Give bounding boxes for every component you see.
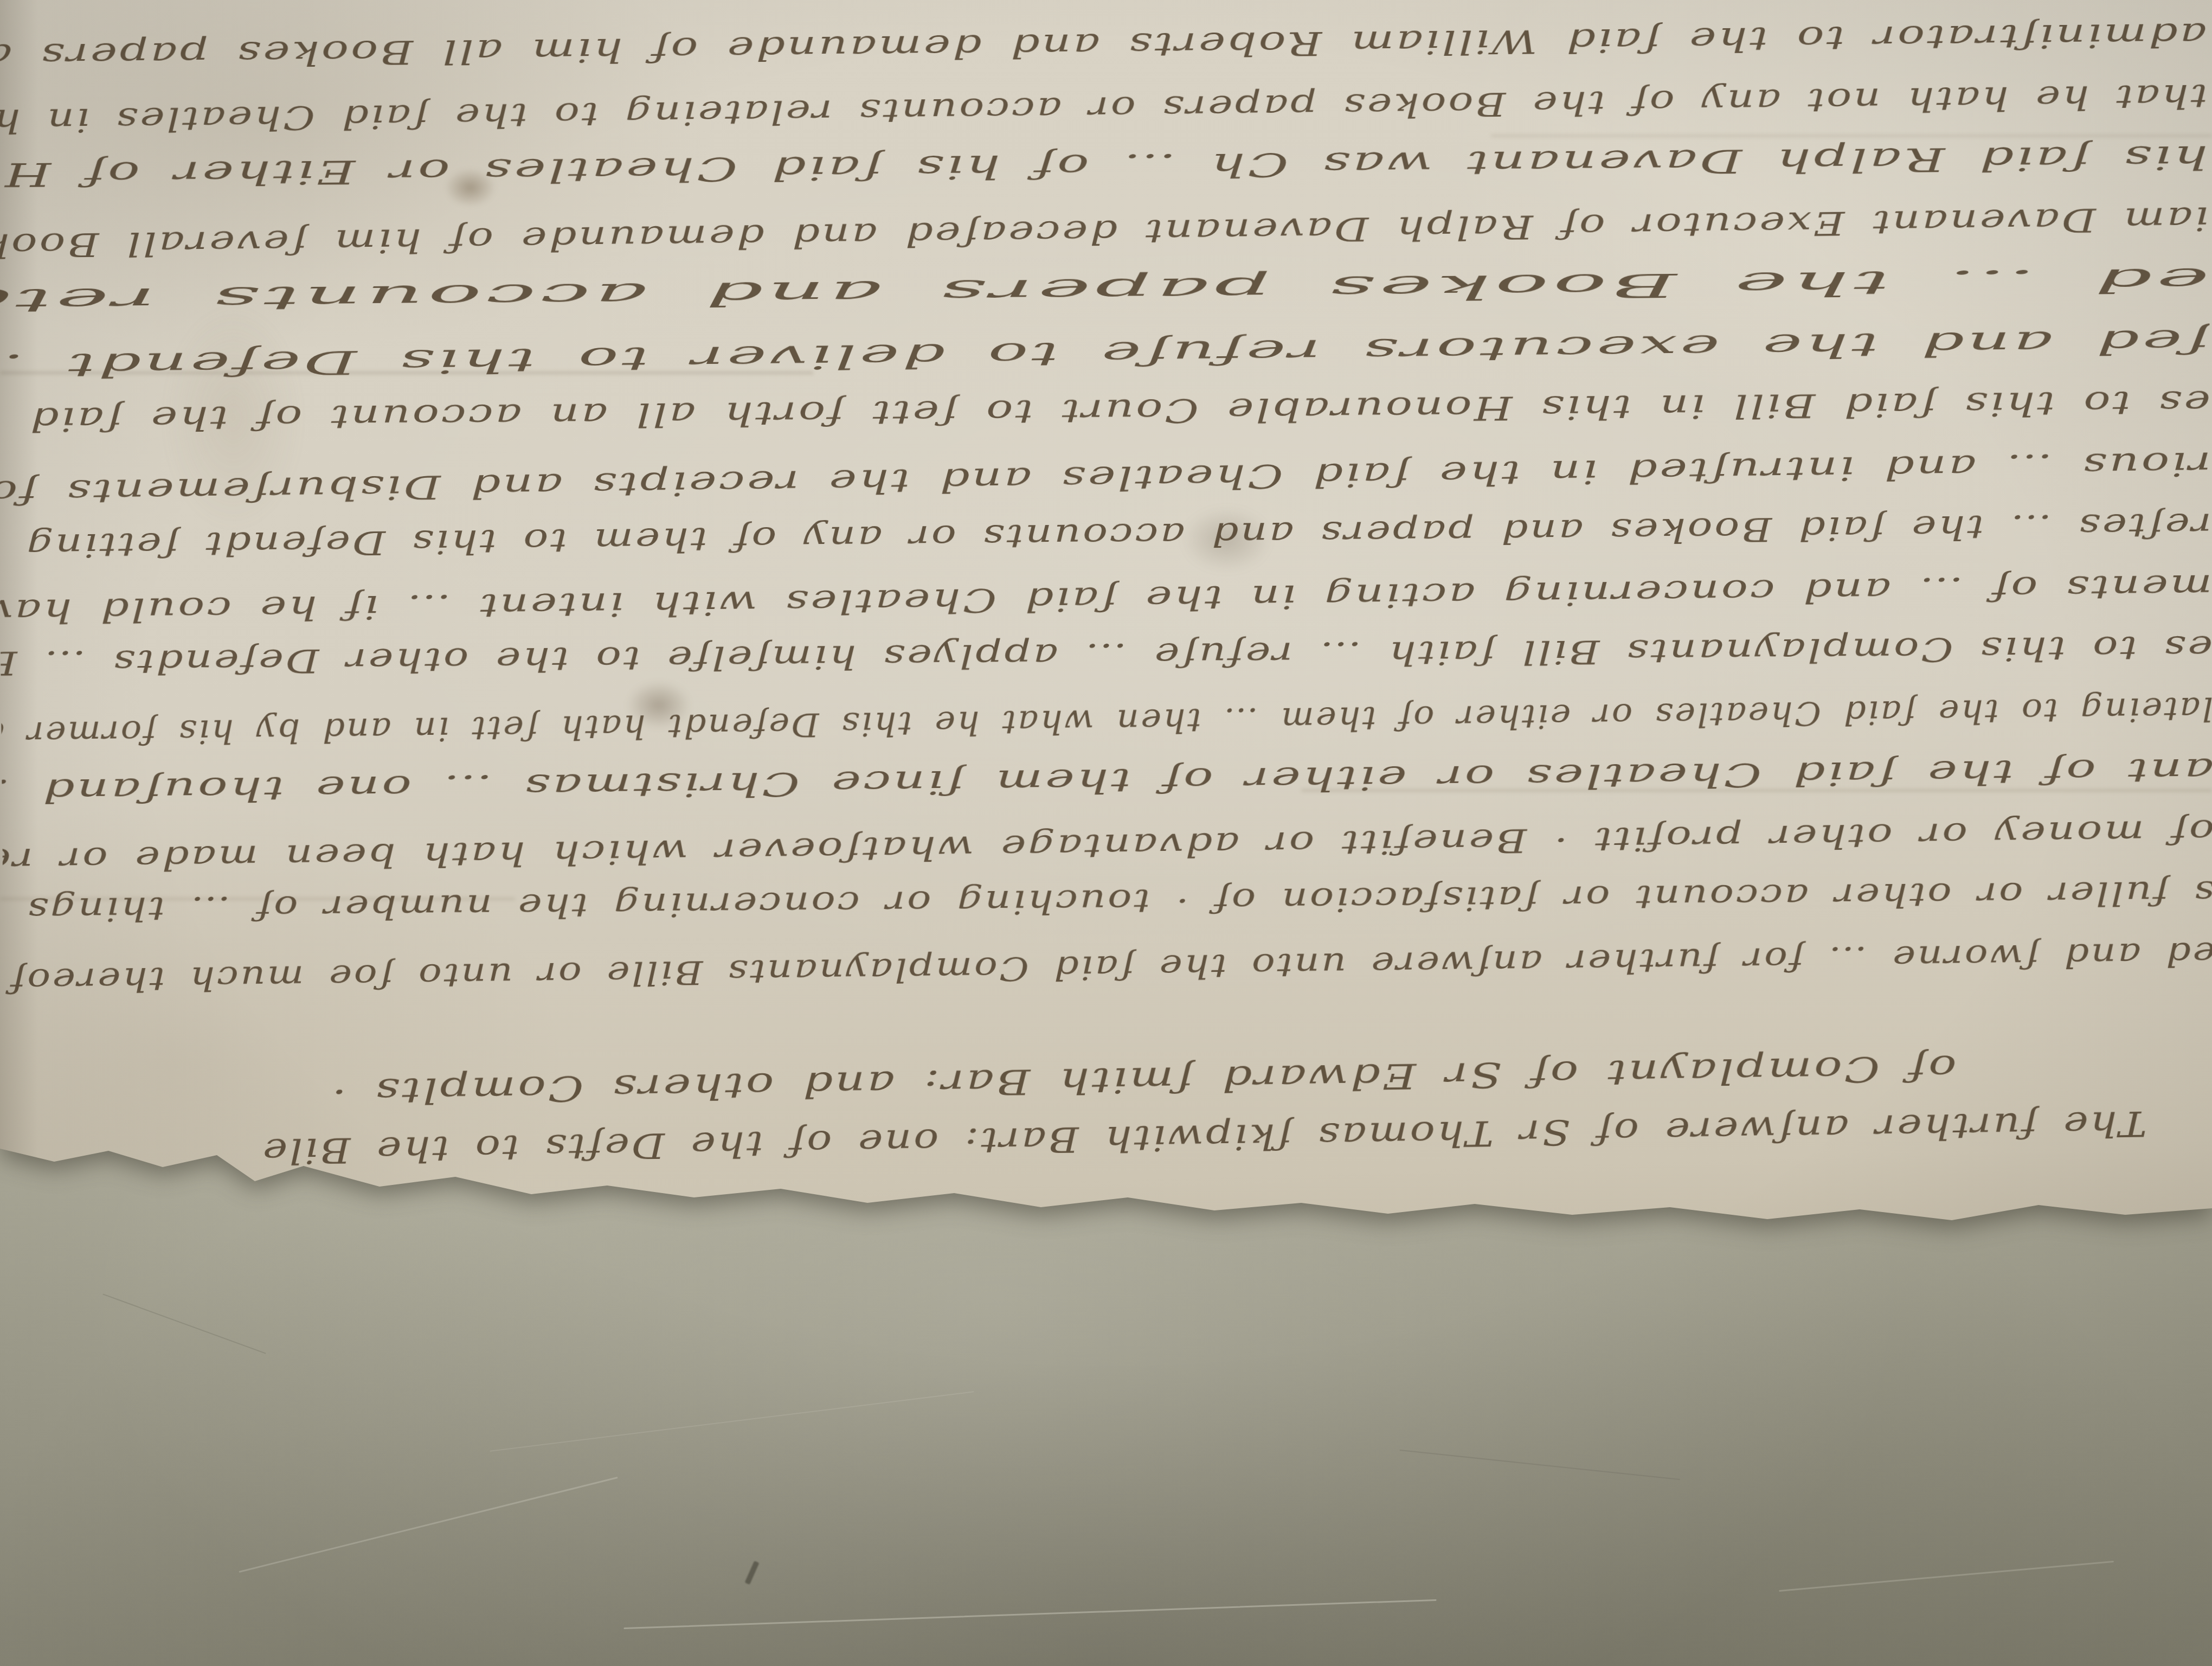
desk-scratch	[239, 1477, 618, 1573]
paper-sheet: The further anſwere of Sr Thomas ſkipwit…	[0, 0, 2212, 1247]
desk-scratch	[1399, 1450, 1680, 1480]
desk-scratch	[1779, 1561, 2114, 1592]
photograph-of-manuscript: The further anſwere of Sr Thomas ſkipwit…	[0, 0, 2212, 1666]
handwriting-rotated-block: The further anſwere of Sr Thomas ſkipwit…	[0, 0, 2212, 1182]
desk-mark	[744, 1561, 759, 1585]
body-text-block: ed and ſworne … for further anſwere unto…	[0, 3, 2212, 1005]
desk-scratch	[490, 1391, 974, 1452]
manuscript-paper: The further anſwere of Sr Thomas ſkipwit…	[0, 0, 2212, 1247]
desk-scratch	[623, 1599, 1436, 1629]
docket-title-block: The further anſwere of Sr Thomas ſkipwit…	[4, 1036, 2212, 1182]
desk-scratch	[102, 1293, 266, 1354]
